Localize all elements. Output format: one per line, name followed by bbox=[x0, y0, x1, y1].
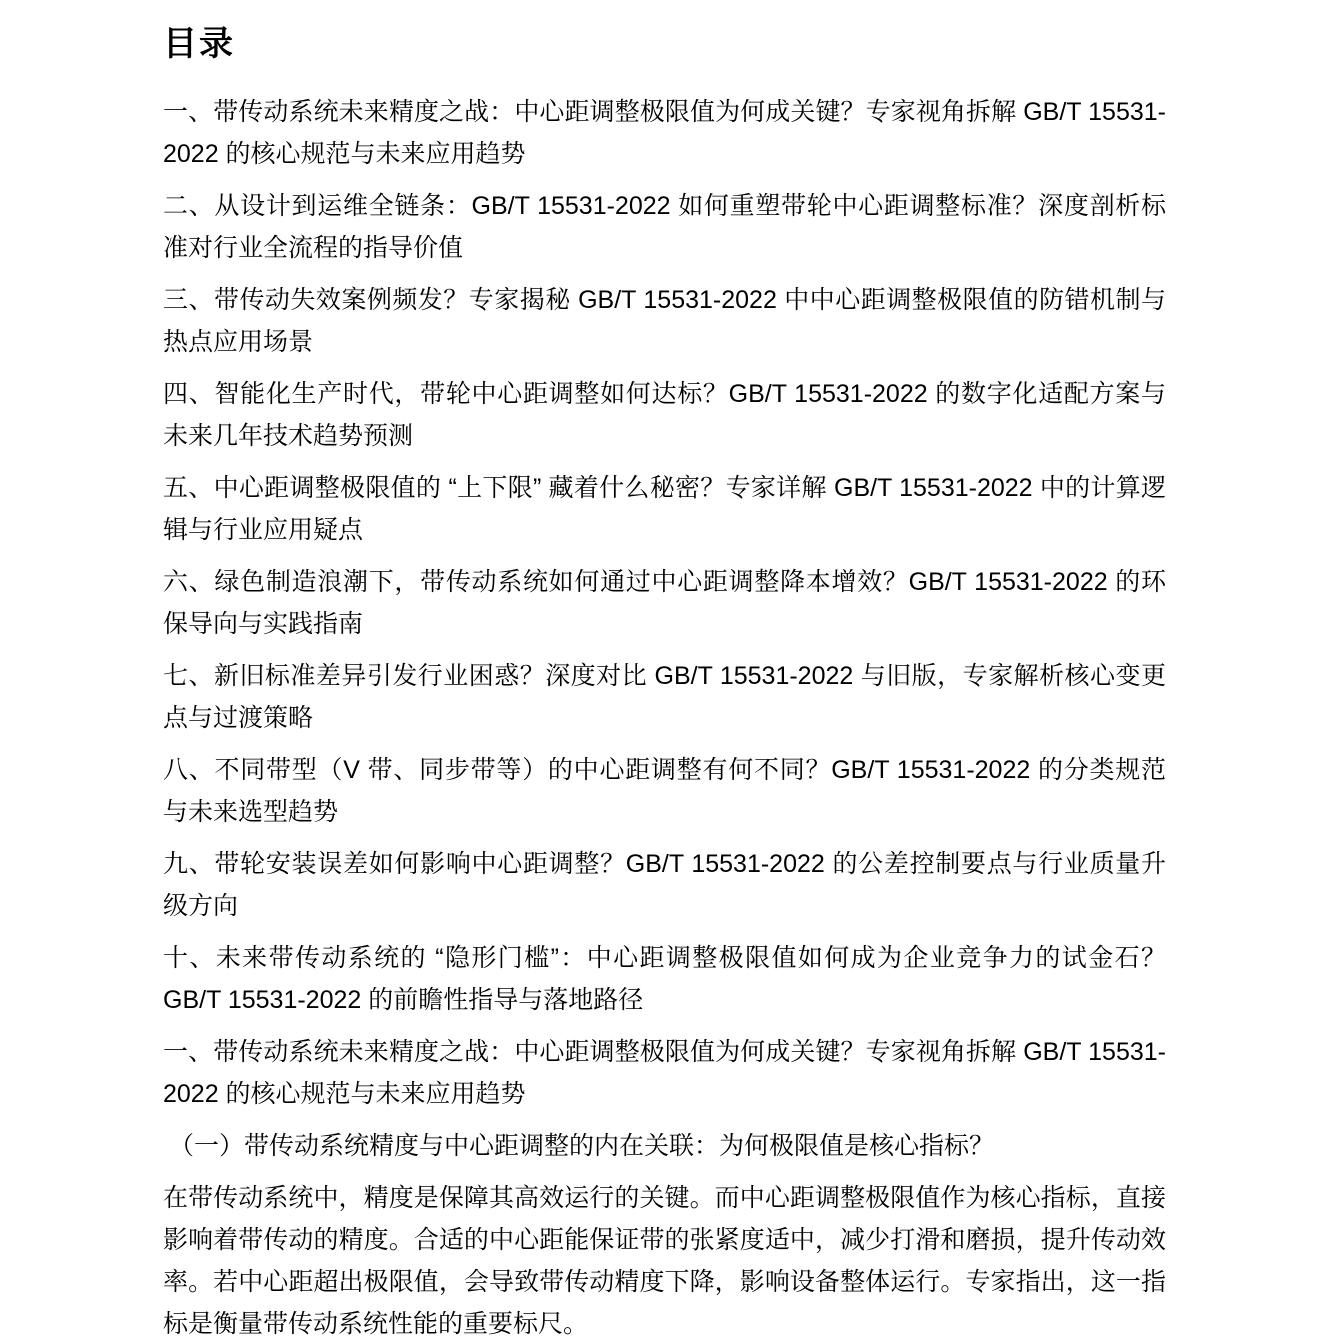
document-page: 目录 一、带传动系统未来精度之战：中心距调整极限值为何成关键？专家视角拆解 GB… bbox=[0, 0, 1329, 1342]
toc-item-8: 八、不同带型（V 带、同步带等）的中心距调整有何不同？GB/T 15531-20… bbox=[163, 749, 1166, 833]
subsection-heading: （一）带传动系统精度与中心距调整的内在关联：为何极限值是核心指标？ bbox=[163, 1125, 1166, 1167]
toc-item-4: 四、智能化生产时代，带轮中心距调整如何达标？GB/T 15531-2022 的数… bbox=[163, 373, 1166, 457]
body-paragraph: 在带传动系统中，精度是保障其高效运行的关键。而中心距调整极限值作为核心指标，直接… bbox=[163, 1177, 1166, 1342]
toc-item-10: 十、未来带传动系统的 “隐形门槛”：中心距调整极限值如何成为企业竞争力的试金石？… bbox=[163, 937, 1166, 1021]
toc-item-3: 三、带传动失效案例频发？专家揭秘 GB/T 15531-2022 中中心距调整极… bbox=[163, 279, 1166, 363]
toc-item-6: 六、绿色制造浪潮下，带传动系统如何通过中心距调整降本增效？GB/T 15531-… bbox=[163, 561, 1166, 645]
doc-title: 目录 bbox=[163, 24, 1166, 65]
toc-item-1: 一、带传动系统未来精度之战：中心距调整极限值为何成关键？专家视角拆解 GB/T … bbox=[163, 91, 1166, 175]
section-heading: 一、带传动系统未来精度之战：中心距调整极限值为何成关键？专家视角拆解 GB/T … bbox=[163, 1031, 1166, 1115]
toc-item-7: 七、新旧标准差异引发行业困惑？深度对比 GB/T 15531-2022 与旧版，… bbox=[163, 655, 1166, 739]
toc-item-2: 二、从设计到运维全链条：GB/T 15531-2022 如何重塑带轮中心距调整标… bbox=[163, 185, 1166, 269]
toc-item-9: 九、带轮安装误差如何影响中心距调整？GB/T 15531-2022 的公差控制要… bbox=[163, 843, 1166, 927]
toc-item-5: 五、中心距调整极限值的 “上下限” 藏着什么秘密？专家详解 GB/T 15531… bbox=[163, 467, 1166, 551]
